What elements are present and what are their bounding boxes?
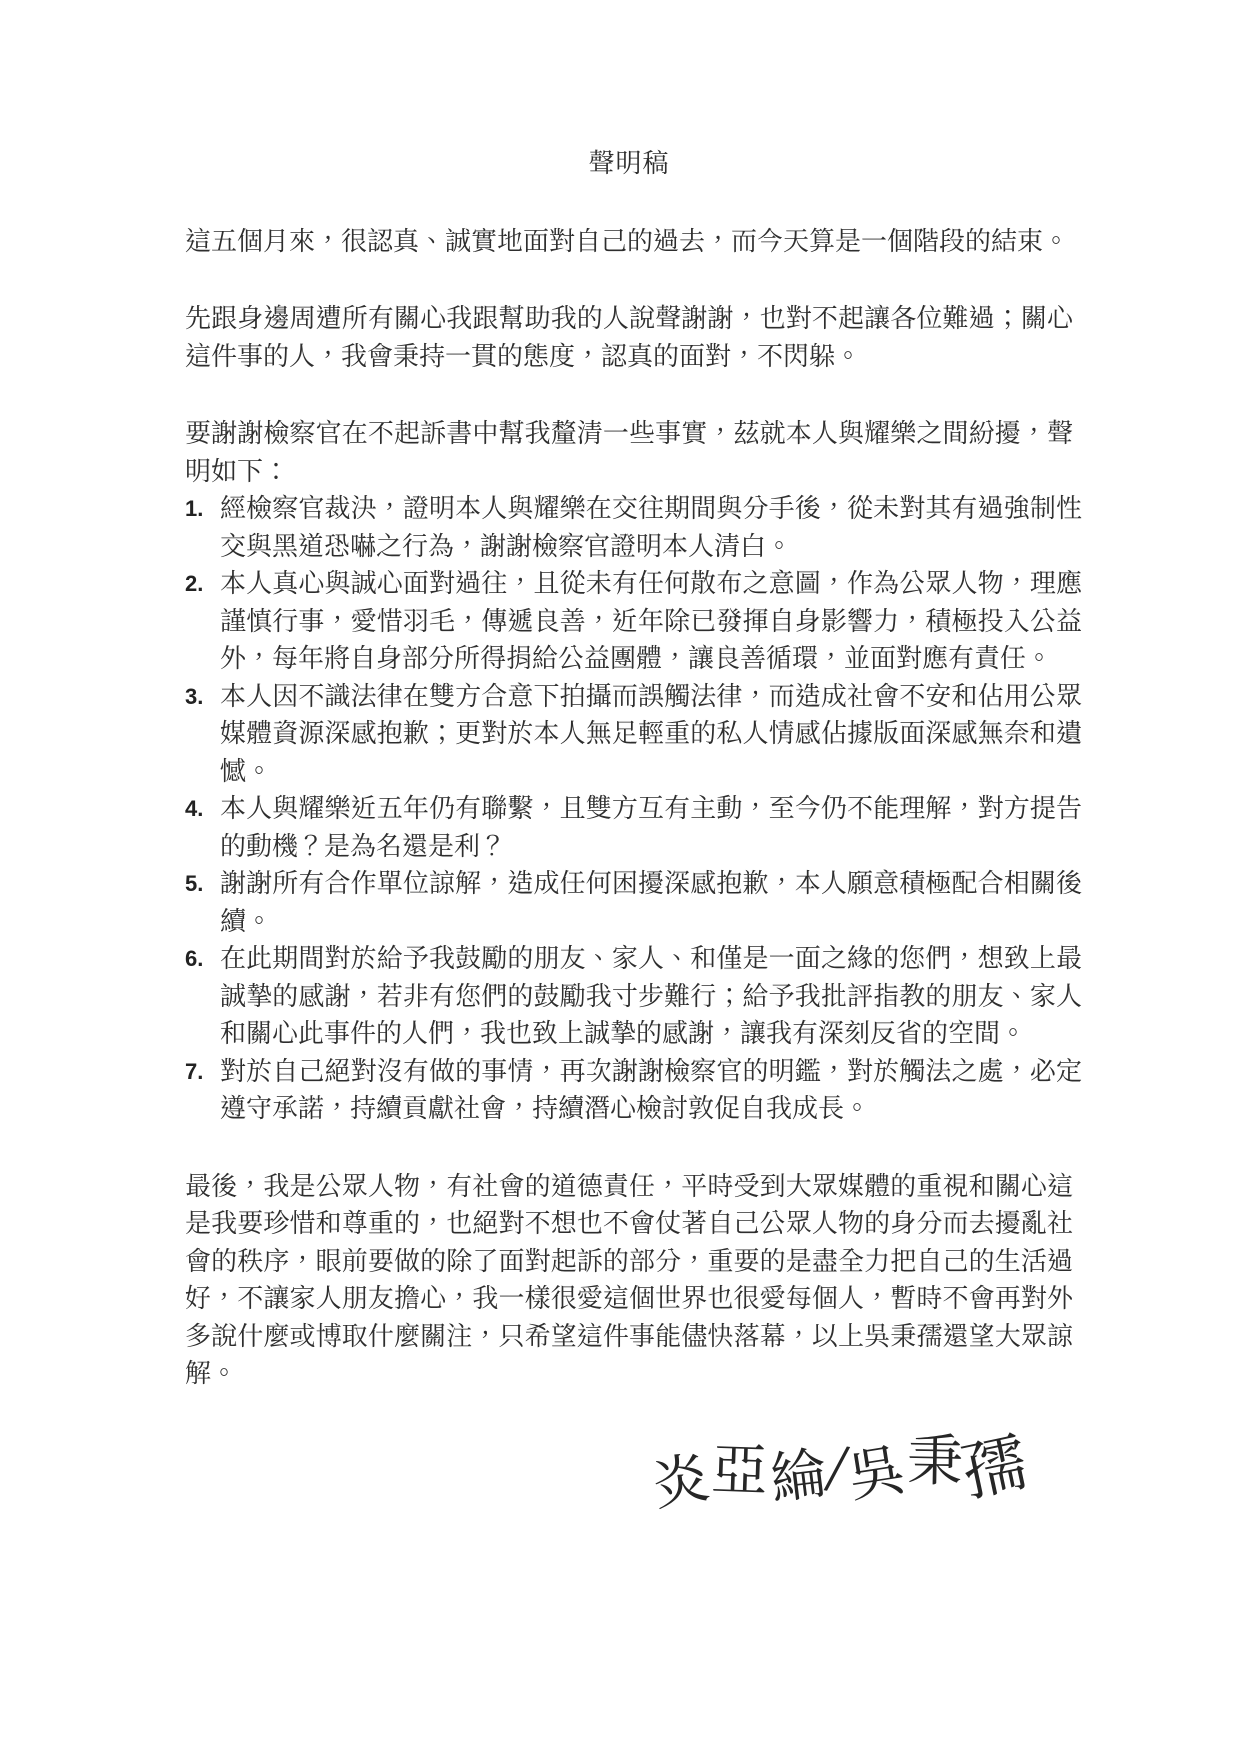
list-item-5: 5. 謝謝所有合作單位諒解，造成任何困擾深感抱歉，本人願意積極配合相關後續。 [185,865,1082,940]
list-item-7-number: 7. [185,1053,220,1091]
list-item-2: 2. 本人真心與誠心面對過往，且從未有任何散布之意圖，作為公眾人物，理應謹慎行事… [185,565,1082,678]
closing-paragraph: 最後，我是公眾人物，有社會的道德責任，平時受到大眾媒體的重視和關心這是我要珍惜和… [185,1168,1073,1393]
list-item-3-text: 本人因不識法律在雙方合意下拍攝而誤觸法律，而造成社會不安和佔用公眾媒體資源深感抱… [220,678,1082,791]
list-item-7: 7. 對於自己絕對沒有做的事情，再次謝謝檢察官的明鑑，對於觸法之處，必定遵守承諾… [185,1053,1082,1128]
list-item-1: 1. 經檢察官裁決，證明本人與耀樂在交往期間與分手後，從未對其有過強制性交與黑道… [185,490,1082,565]
list-item-5-number: 5. [185,865,220,903]
list-item-3: 3. 本人因不識法律在雙方合意下拍攝而誤觸法律，而造成社會不安和佔用公眾媒體資源… [185,678,1082,791]
list-item-6-number: 6. [185,940,220,978]
handwritten-signature: 炎亞綸/吳秉孺 [651,1428,1034,1515]
statement-document-page: 聲明稿 這五個月來，很認真、誠實地面對自己的過去，而今天算是一個階段的結束。 先… [0,0,1240,1755]
list-item-1-text: 經檢察官裁決，證明本人與耀樂在交往期間與分手後，從未對其有過強制性交與黑道恐嚇之… [220,490,1082,565]
paragraph-thanks: 先跟身邊周遭所有關心我跟幫助我的人說聲謝謝，也對不起讓各位難過；關心這件事的人，… [185,300,1073,375]
list-item-4-text: 本人與耀樂近五年仍有聯繫，且雙方互有主動，至今仍不能理解，對方提告的動機？是為名… [220,790,1082,865]
list-item-4: 4. 本人與耀樂近五年仍有聯繫，且雙方互有主動，至今仍不能理解，對方提告的動機？… [185,790,1082,865]
list-item-6: 6. 在此期間對於給予我鼓勵的朋友、家人、和僅是一面之緣的您們，想致上最誠摯的感… [185,940,1082,1053]
paragraph-intro: 這五個月來，很認真、誠實地面對自己的過去，而今天算是一個階段的結束。 [185,223,1073,261]
list-item-3-number: 3. [185,678,220,716]
list-item-1-number: 1. [185,490,220,528]
list-item-5-text: 謝謝所有合作單位諒解，造成任何困擾深感抱歉，本人願意積極配合相關後續。 [220,865,1082,940]
signature-text: 炎亞綸/吳秉孺 [651,1430,1026,1511]
list-item-2-number: 2. [185,565,220,603]
statement-list: 1. 經檢察官裁決，證明本人與耀樂在交往期間與分手後，從未對其有過強制性交與黑道… [185,490,1082,1128]
paragraph-statement-lead: 要謝謝檢察官在不起訴書中幫我釐清一些事實，茲就本人與耀樂之間紛擾，聲明如下： [185,415,1073,490]
document-body: 聲明稿 這五個月來，很認真、誠實地面對自己的過去，而今天算是一個階段的結束。 先… [0,0,1240,1393]
document-title: 聲明稿 [185,145,1073,183]
list-item-2-text: 本人真心與誠心面對過往，且從未有任何散布之意圖，作為公眾人物，理應謹慎行事，愛惜… [220,565,1082,678]
list-item-4-number: 4. [185,790,220,828]
list-item-6-text: 在此期間對於給予我鼓勵的朋友、家人、和僅是一面之緣的您們，想致上最誠摯的感謝，若… [220,940,1082,1053]
list-item-7-text: 對於自己絕對沒有做的事情，再次謝謝檢察官的明鑑，對於觸法之處，必定遵守承諾，持續… [220,1053,1082,1128]
